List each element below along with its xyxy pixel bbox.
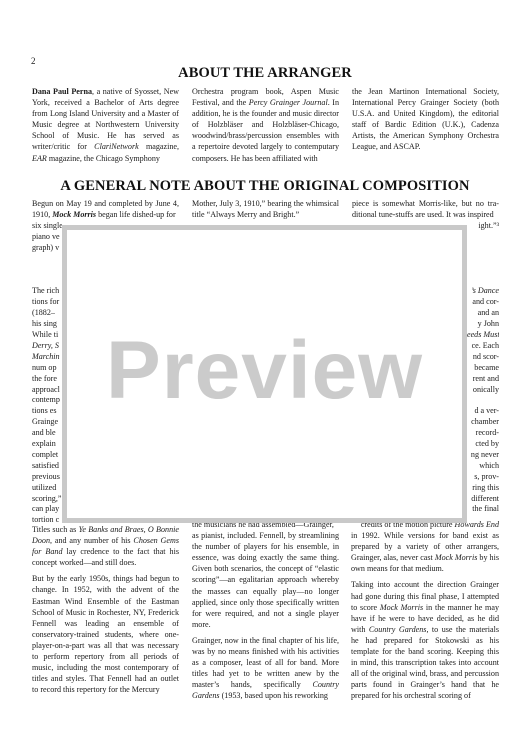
right-fragment-line: cted by [467, 438, 499, 449]
left-fragment-line: explain [32, 438, 62, 449]
right-fragment-line: y John [467, 318, 499, 329]
right-fragment-line: the final [467, 503, 499, 514]
left-fragment-line: six single [32, 220, 62, 231]
left-fragment-line: his sing [32, 318, 62, 329]
right-fragment-line: became [467, 362, 499, 373]
right-fragment-line: ring this [467, 482, 499, 493]
right-fragment-line: eeds Must [467, 329, 499, 340]
arranger-column-1: Dana Paul Perna, a native of Syosset, Ne… [32, 86, 179, 164]
left-fragment-line: While ti [32, 329, 62, 340]
publication-title: Percy Grainger Journal [249, 98, 328, 107]
section-title-arranger: ABOUT THE ARRANGER [0, 65, 530, 82]
left-fragment-line: (1882– [32, 307, 62, 318]
preview-watermark-label: Preview [106, 324, 423, 418]
note-column-1-top: Begun on May 19 and completed by June 4,… [32, 198, 179, 220]
left-fragment-line: Grainge [32, 416, 62, 427]
right-fragment-line: s, prov- [467, 471, 499, 482]
left-fragment-line: utilized [32, 482, 62, 493]
section-title-note: A GENERAL NOTE ABOUT THE ORIGINAL COMPOS… [0, 178, 530, 195]
note-column-2-top: Mother, July 3, 1910,” bearing the whim­… [192, 198, 339, 220]
right-fragment-line: chamber [467, 416, 499, 427]
left-fragment-line: approacl [32, 384, 62, 395]
right-fragment-line: ight.”³ [467, 220, 499, 231]
right-fragment-line: ng never [467, 449, 499, 460]
publication-title: ClariNetwork [94, 142, 139, 151]
note-text: , to use the materials he had prepared f… [351, 625, 499, 701]
left-fragment-line: the fore [32, 373, 62, 384]
arranger-bio-text: the Jean Martinon International Society,… [352, 86, 499, 153]
left-fragment-line: piano ve [32, 231, 62, 242]
right-fragment-line: which [467, 460, 499, 471]
arranger-bio-text: . In addition, he is the founder and mus… [192, 98, 339, 162]
arranger-name: Dana Paul Perna [32, 87, 92, 96]
right-fragment-line: and an [467, 307, 499, 318]
note-text: Titles such as [32, 525, 79, 534]
note-column-1-bottom: Titles such as Ye Banks and Braes, O Bon… [32, 524, 179, 695]
preview-overlay: Preview [62, 225, 467, 523]
note-text: began life dished-up for [96, 210, 176, 219]
note-text: Mother, July 3, 1910,” bearing the whim­… [192, 198, 339, 220]
work-title: Country Gardens [369, 625, 427, 634]
arranger-columns: Dana Paul Perna, a native of Syosset, Ne… [32, 86, 499, 164]
work-title: Mock Morris [380, 603, 423, 612]
left-fragment-line: contemp [32, 394, 62, 405]
publication-title: EAR [32, 154, 47, 163]
right-fragment-line: ce. Each [467, 340, 499, 351]
right-fragment-line: nd scor- [467, 351, 499, 362]
left-fragment-line: tions es [32, 405, 62, 416]
right-fragment-line: rent and [467, 373, 499, 384]
right-fragment-line: different [467, 493, 499, 504]
work-title: Mock Morris [52, 210, 96, 219]
work-title: Mock Morris [435, 553, 478, 562]
note-text: But by the early 1950s, things had begun… [32, 573, 179, 695]
right-fragment-line: and cor- [467, 296, 499, 307]
note-text: (1953, based upon his reworking [220, 691, 328, 700]
left-fragment-line: graph) v [32, 242, 62, 253]
left-fragment-line: The rich [32, 285, 62, 296]
note-text: , and any number of his [50, 536, 133, 545]
arranger-column-3: the Jean Martinon International Society,… [352, 86, 499, 164]
arranger-column-2: Orchestra program book, Aspen Music Fest… [192, 86, 339, 164]
left-fragment-line: num op [32, 362, 62, 373]
left-fragment-line: previous [32, 471, 62, 482]
left-fragment-line: satisfied [32, 460, 62, 471]
note-text: piece is somewhat Morris-like, but no tr… [352, 198, 499, 220]
arranger-bio-text: magazine, the Chicago Symphony [47, 154, 160, 163]
note-column-3-bottom: credits of the motion picture Howards En… [351, 519, 499, 702]
left-fragment-line: Marchin [32, 351, 62, 362]
left-fragment-line: scoring,” [32, 493, 62, 504]
note-text: as pianist, included. Fennell, by stream… [192, 530, 339, 630]
left-fragment-line: and ble [32, 427, 62, 438]
left-fragment-line: complet [32, 449, 62, 460]
note-column-3-top: piece is somewhat Morris-like, but no tr… [352, 198, 499, 220]
note-columns-top: Begun on May 19 and completed by June 4,… [32, 198, 499, 220]
right-fragment-line: ’s Dance [467, 285, 499, 296]
left-fragment-line: tions for [32, 296, 62, 307]
right-fragment-line: onically [467, 384, 499, 395]
left-fragment-line: can play [32, 503, 62, 514]
right-fragment-line: record- [467, 427, 499, 438]
note-column-2-bottom: the musicians he had assembled—Grainger,… [192, 519, 339, 702]
arranger-bio-text: magazine, [139, 142, 179, 151]
right-fragment-line: d a ver- [467, 405, 499, 416]
left-fragment-line: Derry, S [32, 340, 62, 351]
